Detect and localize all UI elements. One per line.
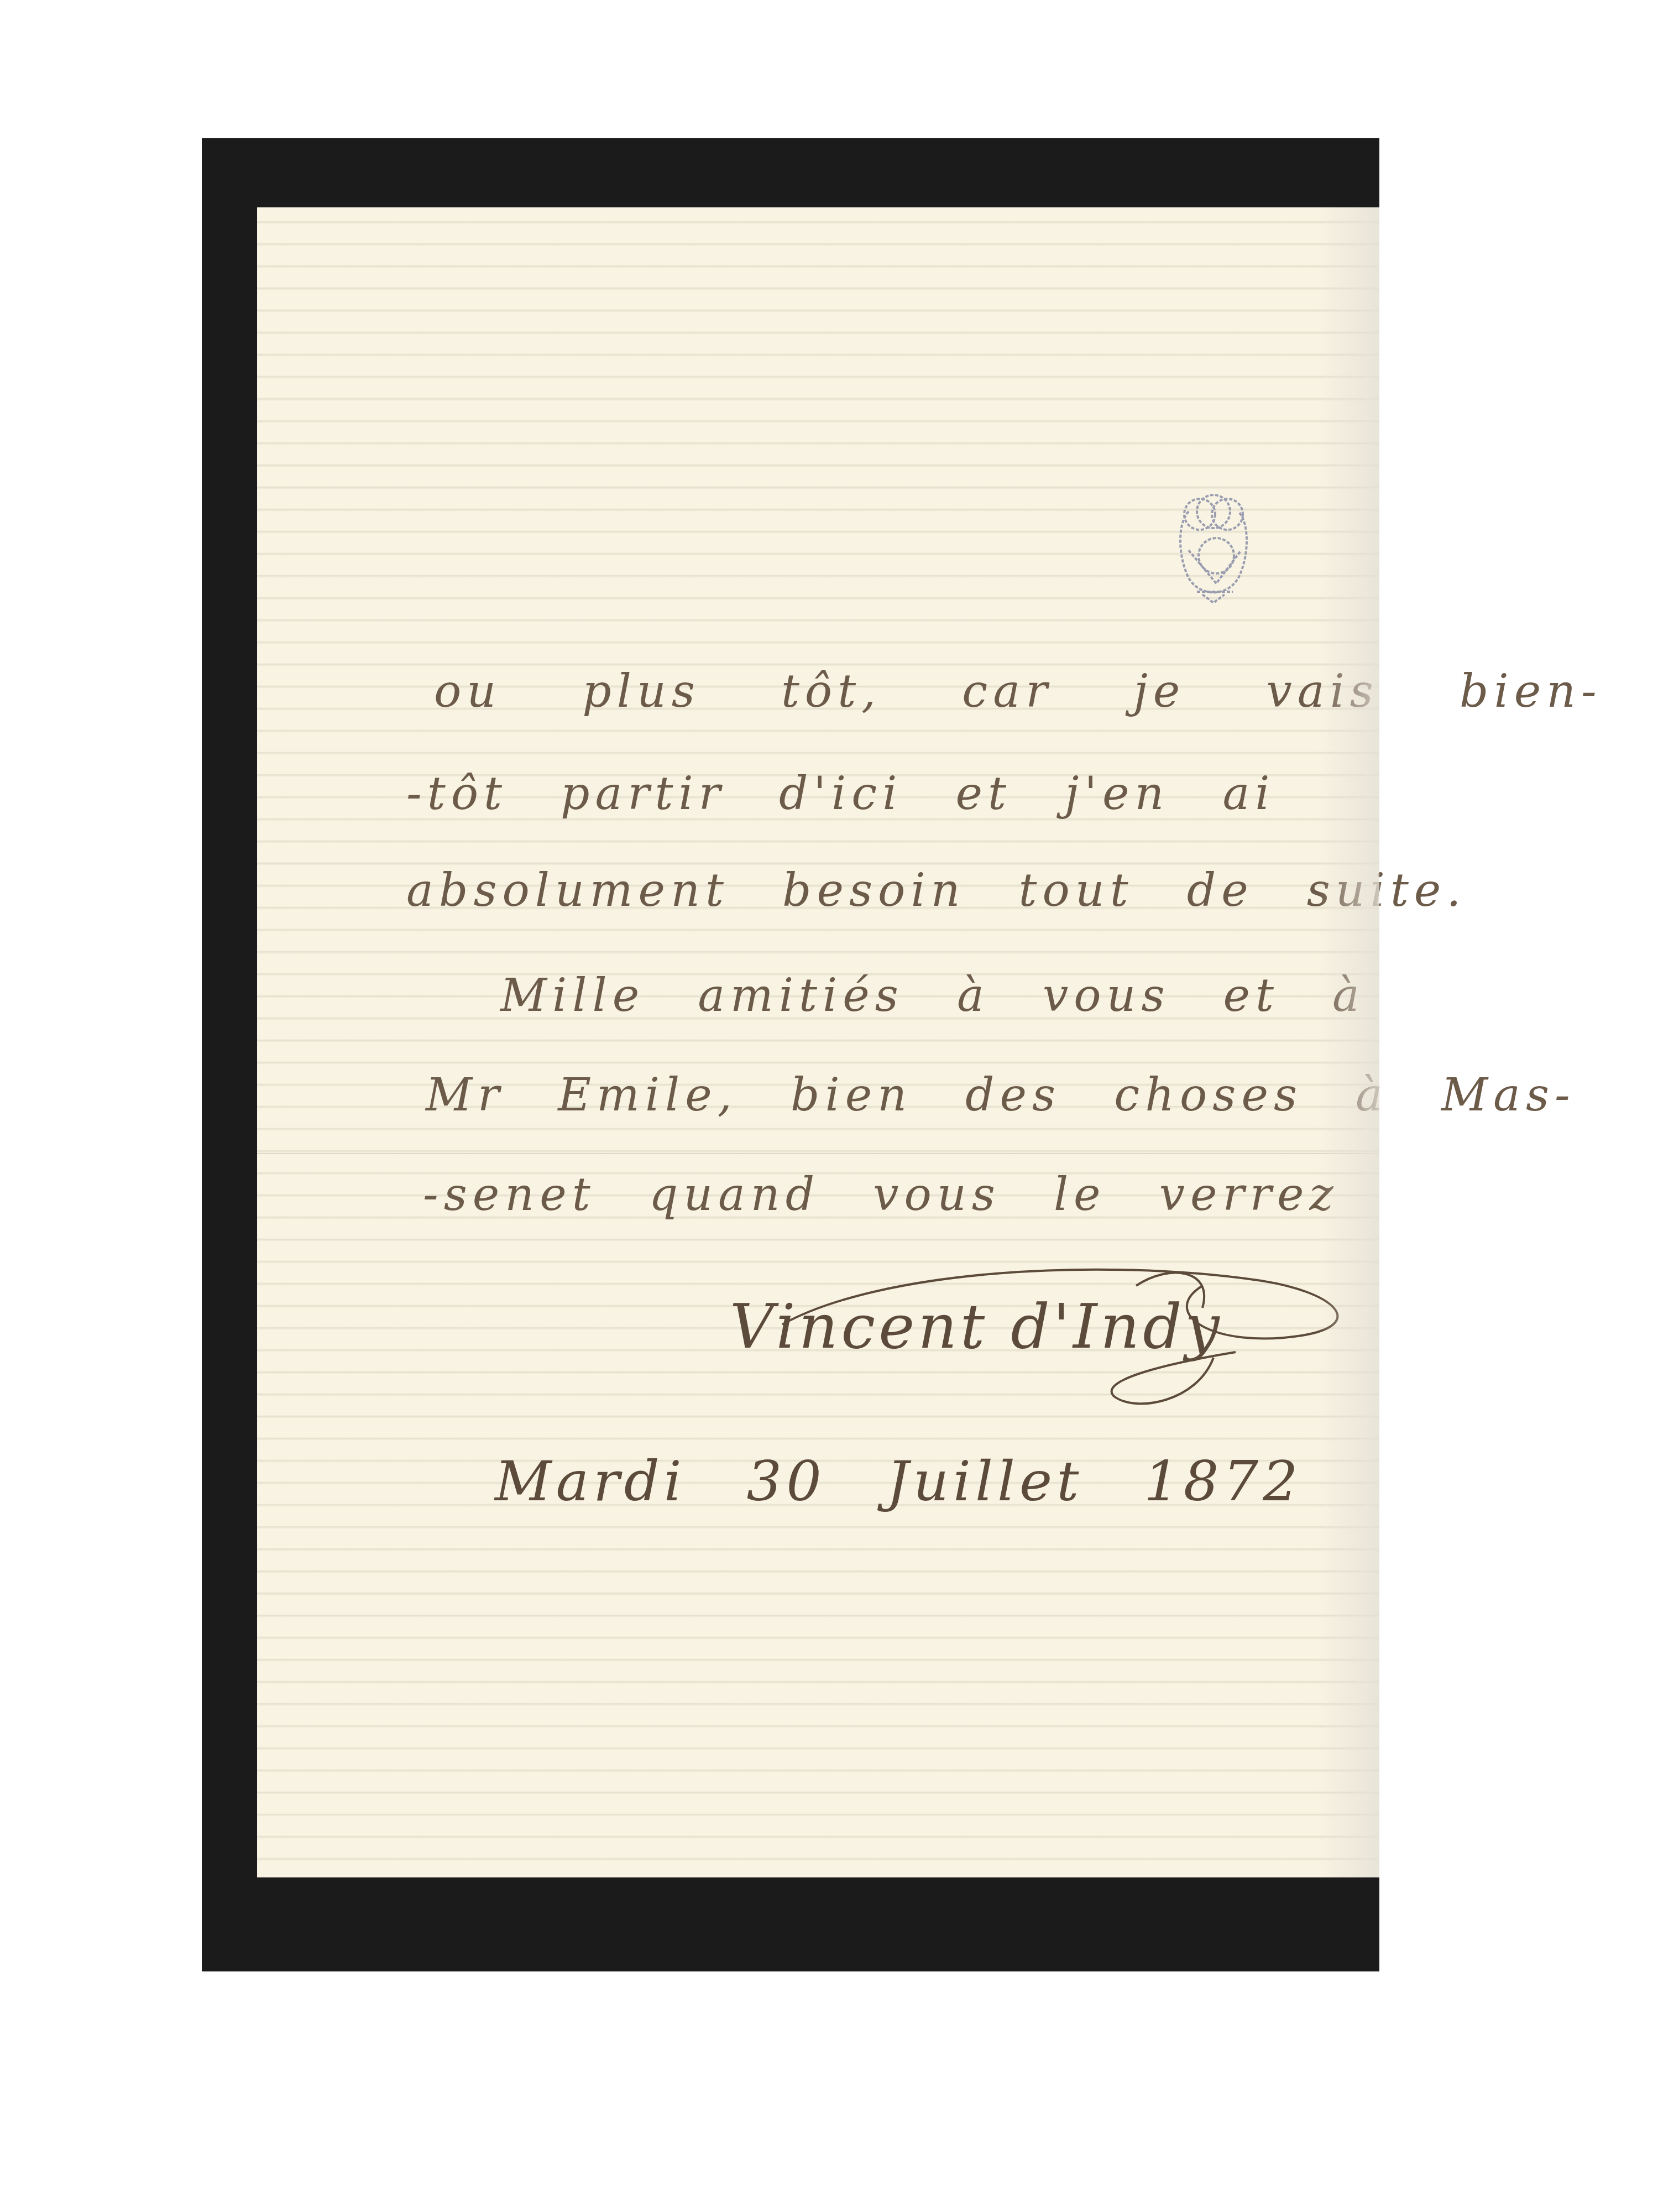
letter-line-4: Mille amitiés à vous et à bbox=[500, 973, 1365, 1019]
letter-line-3: absolument besoin tout de suite. bbox=[406, 868, 1466, 914]
letter-line-1: ou plus tôt, car je vais bien- bbox=[434, 669, 1602, 714]
mourning-letter-sheet: ou plus tôt, car je vais bien- -tôt part… bbox=[202, 138, 1379, 1971]
collection-stamp-icon bbox=[1172, 489, 1255, 606]
letter-line-6: -senet quand vous le verrez bbox=[423, 1172, 1339, 1218]
letter-paper: ou plus tôt, car je vais bien- -tôt part… bbox=[257, 207, 1379, 1877]
letter-date: Mardi 30 Juillet 1872 bbox=[495, 1449, 1303, 1514]
letter-line-5: Mr Emile, bien des choses à Mas- bbox=[426, 1073, 1576, 1118]
letter-line-2: -tôt partir d'ici et j'en ai bbox=[406, 771, 1275, 817]
signature: Vincent d'Indy bbox=[730, 1291, 1223, 1362]
paper-fold-line bbox=[257, 1153, 1379, 1154]
